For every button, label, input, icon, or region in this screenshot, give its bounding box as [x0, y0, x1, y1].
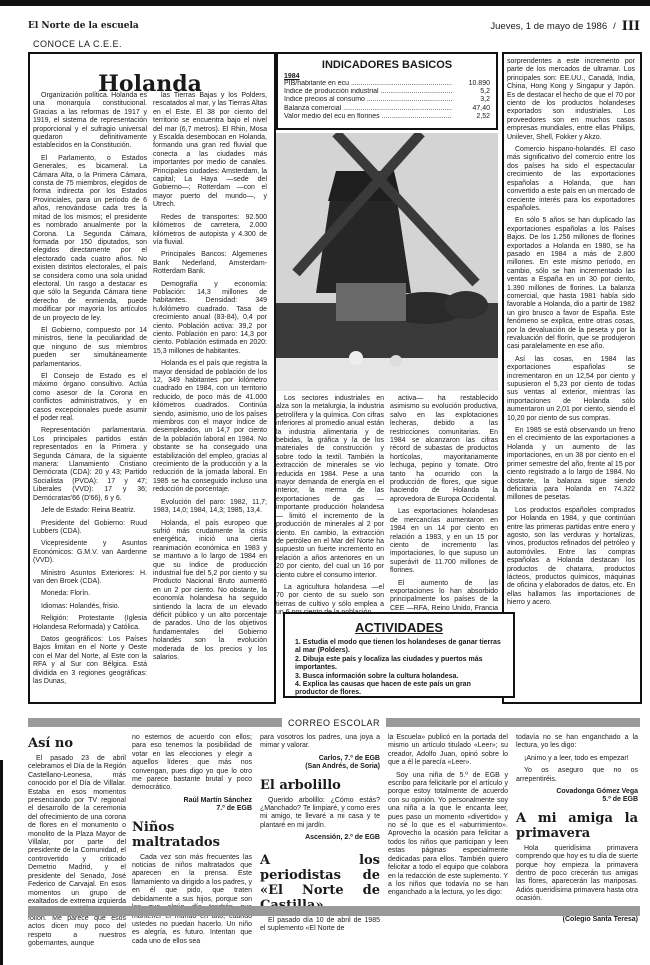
paragraph: Organización política. Holanda es una mo…	[33, 92, 147, 151]
correo-column-2: no estemos de acuerdo con ellos; para es…	[132, 734, 252, 950]
paragraph: Los productos españoles comprados por Ho…	[507, 507, 635, 608]
correo-column-1: Así no El pasado 23 de abril celebramos …	[28, 732, 126, 952]
letter-signature: Carlos, 7.º de EGB (San Andrés, de Soria…	[260, 755, 380, 772]
indicator-value: 3,2	[452, 96, 490, 104]
paragraph: todavía no se han enganchado a la lectur…	[516, 734, 638, 751]
indicator-row: Valor medio del ecu en florines 2,52	[284, 113, 490, 121]
letter-title: A mi amiga la primavera	[516, 811, 638, 841]
windmill-photo	[276, 133, 498, 391]
paragraph: no estemos de acuerdo con ellos; para es…	[132, 734, 252, 793]
signature-grade: 7.º de EGB	[132, 805, 252, 813]
page-number: III	[622, 19, 640, 34]
paragraph: Demografía y economía: Población: 14,3 m…	[153, 281, 267, 357]
indicators-title: INDICADORES BASICOS	[284, 59, 490, 71]
signature-name: Covadonga Gómez Vega	[516, 788, 638, 796]
indicators-year: 1984	[284, 73, 490, 80]
paragraph: Cada vez son más frecuentes las noticias…	[132, 854, 252, 946]
indicators-box: INDICADORES BASICOS 1984 PIB/habitante e…	[276, 52, 498, 130]
paragraph: En 1985 se está observando un freno en e…	[507, 427, 635, 503]
activity-item: 4. Explica las causas que hacen de este …	[295, 681, 503, 698]
indicator-label: Valor medio del ecu en florines	[284, 113, 452, 121]
paragraph: Religión: Protestante (Iglesia Holandesa…	[33, 615, 147, 632]
signature-name: Raúl Martín Sánchez	[132, 797, 252, 805]
paragraph: Redes de transportes: 92.500 kilómetros …	[153, 214, 267, 248]
paragraph: Yo os aseguro que no os arrepentiréis.	[516, 767, 638, 784]
paragraph: Así las cosas, en 1984 las exportaciones…	[507, 356, 635, 423]
indicator-row: Balanza comercial 47,40	[284, 105, 490, 113]
letter-title: Así no	[28, 736, 126, 751]
correo-column-4: la Escuela» publicó en la portada del mi…	[388, 734, 508, 902]
paragraph: Las exportaciones holandesas de mercancí…	[390, 508, 498, 575]
indicator-label: Indice precios al consumo	[284, 96, 452, 104]
indicator-label: Indice de producción industrial	[284, 88, 452, 96]
page-top-rule	[0, 0, 650, 6]
paragraph: Moneda: Florín.	[33, 590, 147, 598]
letter-title: Niños maltratados	[132, 820, 252, 850]
paragraph: Holanda es el país que registra la mayor…	[153, 360, 267, 495]
signature-name: Ascensión, 2.º de EGB	[260, 834, 380, 842]
paragraph: activa— ha restablecido asimismo su evol…	[390, 395, 498, 504]
letter-title: A los periodistas de «El Norte de Castil…	[260, 853, 380, 913]
indicator-row: Indice de producción industrial 5,2	[284, 88, 490, 96]
correo-escolar-header: CORREO ESCOLAR	[28, 717, 640, 728]
bottom-shade-bar	[28, 906, 640, 916]
indicator-value: 47,40	[452, 105, 490, 113]
paragraph: Presidente del Gobierno: Ruud Lubbers (C…	[33, 520, 147, 537]
activity-item: 2. Dibuja este país y localiza las ciuda…	[295, 656, 503, 673]
masthead: El Norte de la escuela Jueves, 1 de mayo…	[28, 18, 640, 34]
article-column-2: las Tierras Bajas y los Polders, rescata…	[153, 92, 267, 666]
correo-escolar-label: CORREO ESCOLAR	[282, 718, 386, 728]
paragraph: Comercio hispano-holandés. El caso más s…	[507, 146, 635, 213]
correo-column-5: todavía no se han enganchado a la lectur…	[516, 734, 638, 931]
paragraph: Los sectores industriales en alza son la…	[276, 395, 384, 580]
paragraph: El Gobierno, compuesto por 14 ministros,…	[33, 327, 147, 369]
paragraph: El Parlamento, o Estados Generales, es b…	[33, 155, 147, 323]
issue-date: Jueves, 1 de mayo de 1986	[490, 21, 607, 32]
indicator-value: 10.890	[452, 80, 490, 88]
paragraph: Hola queridísima primavera comprendo que…	[516, 845, 638, 904]
signature-school: (Colegio Santa Teresa)	[516, 916, 638, 924]
paragraph: El Consejo de Estado es el máximo órgano…	[33, 373, 147, 423]
paragraph: Ministro Asuntos Exteriores: H. van den …	[33, 570, 147, 587]
header-shade	[28, 718, 282, 727]
paragraph: El pasado día 10 de abril de 1985 el sup…	[260, 917, 380, 934]
paragraph: Vicepresidente y Asuntos Económicos: G.M…	[33, 540, 147, 565]
signature-school: (San Andrés, de Soria)	[260, 763, 380, 771]
indicator-label: PIB/habitante en ecu	[284, 80, 452, 88]
windmill-illustration	[276, 133, 498, 391]
letter-title: El arbolillo	[260, 778, 380, 793]
header-shade	[386, 718, 640, 727]
article-column-4: activa— ha restablecido asimismo su evol…	[390, 395, 498, 634]
indicator-row: PIB/habitante en ecu 10.890	[284, 80, 490, 88]
newspaper-name: El Norte de la escuela	[28, 21, 139, 31]
indicator-value: 2,52	[452, 113, 490, 121]
paragraph: Evolución del paro: 1982, 11,7; 1983, 14…	[153, 499, 267, 516]
left-margin-rule	[0, 760, 3, 965]
paragraph: para vosotros los padres, una joya a mim…	[260, 734, 380, 751]
paragraph: las Tierras Bajas y los Polders, rescata…	[153, 92, 267, 210]
indicator-label: Balanza comercial	[284, 105, 452, 113]
paragraph: En sólo 5 años se han duplicado las expo…	[507, 217, 635, 352]
indicator-value: 5,2	[452, 88, 490, 96]
signature-name: Carlos, 7.º de EGB	[260, 755, 380, 763]
signature-grade: 5.º de EGB	[516, 796, 638, 804]
paragraph: Representación parlamentaria. Los princi…	[33, 427, 147, 503]
article-column-3: Los sectores industriales en alza son la…	[276, 395, 384, 622]
paragraph: sorprendentes a este incremento por part…	[507, 58, 635, 142]
activity-item: 1. Estudia el modo que tienen los holand…	[295, 639, 503, 656]
paragraph: Jefe de Estado: Reina Beatriz.	[33, 507, 147, 515]
paragraph: Idiomas: Holandés, frisio.	[33, 603, 147, 611]
paragraph: Holanda, el país europeo que sufrió más …	[153, 520, 267, 663]
letter-signature: Covadonga Gómez Vega 5.º de EGB	[516, 788, 638, 805]
paragraph: Querido arbolillo: ¿Cómo estás? ¿Manchad…	[260, 797, 380, 831]
paragraph: ¡Animo y a leer, todo es empezar!	[516, 755, 638, 763]
date-line: Jueves, 1 de mayo de 1986 / III	[490, 19, 640, 34]
activities-box: ACTIVIDADES 1. Estudia el modo que tiene…	[283, 612, 515, 698]
letter-signature: Raúl Martín Sánchez 7.º de EGB	[132, 797, 252, 814]
paragraph: la Escuela» publicó en la portada del mi…	[388, 734, 508, 768]
paragraph: Soy una niña de 5.º de EGB y escribo par…	[388, 772, 508, 898]
indicator-row: Indice precios al consumo 3,2	[284, 96, 490, 104]
date-separator: /	[613, 21, 616, 32]
article-column-5: sorprendentes a este incremento por part…	[507, 58, 635, 612]
article-column-1: Organización política. Holanda es una mo…	[33, 92, 147, 690]
paragraph: El pasado 23 de abril celebramos el Día …	[28, 755, 126, 948]
activity-item: 3. Busca información sobre la cultura ho…	[295, 673, 503, 681]
letter-signature: Ascensión, 2.º de EGB	[260, 834, 380, 842]
section-label: CONOCE LA C.E.E.	[33, 39, 122, 49]
paragraph: Datos geográficos: Los Países Bajos limi…	[33, 636, 147, 686]
activities-title: ACTIVIDADES	[295, 620, 503, 635]
paragraph: Principales Bancos: Algemenes Bank Neder…	[153, 251, 267, 276]
